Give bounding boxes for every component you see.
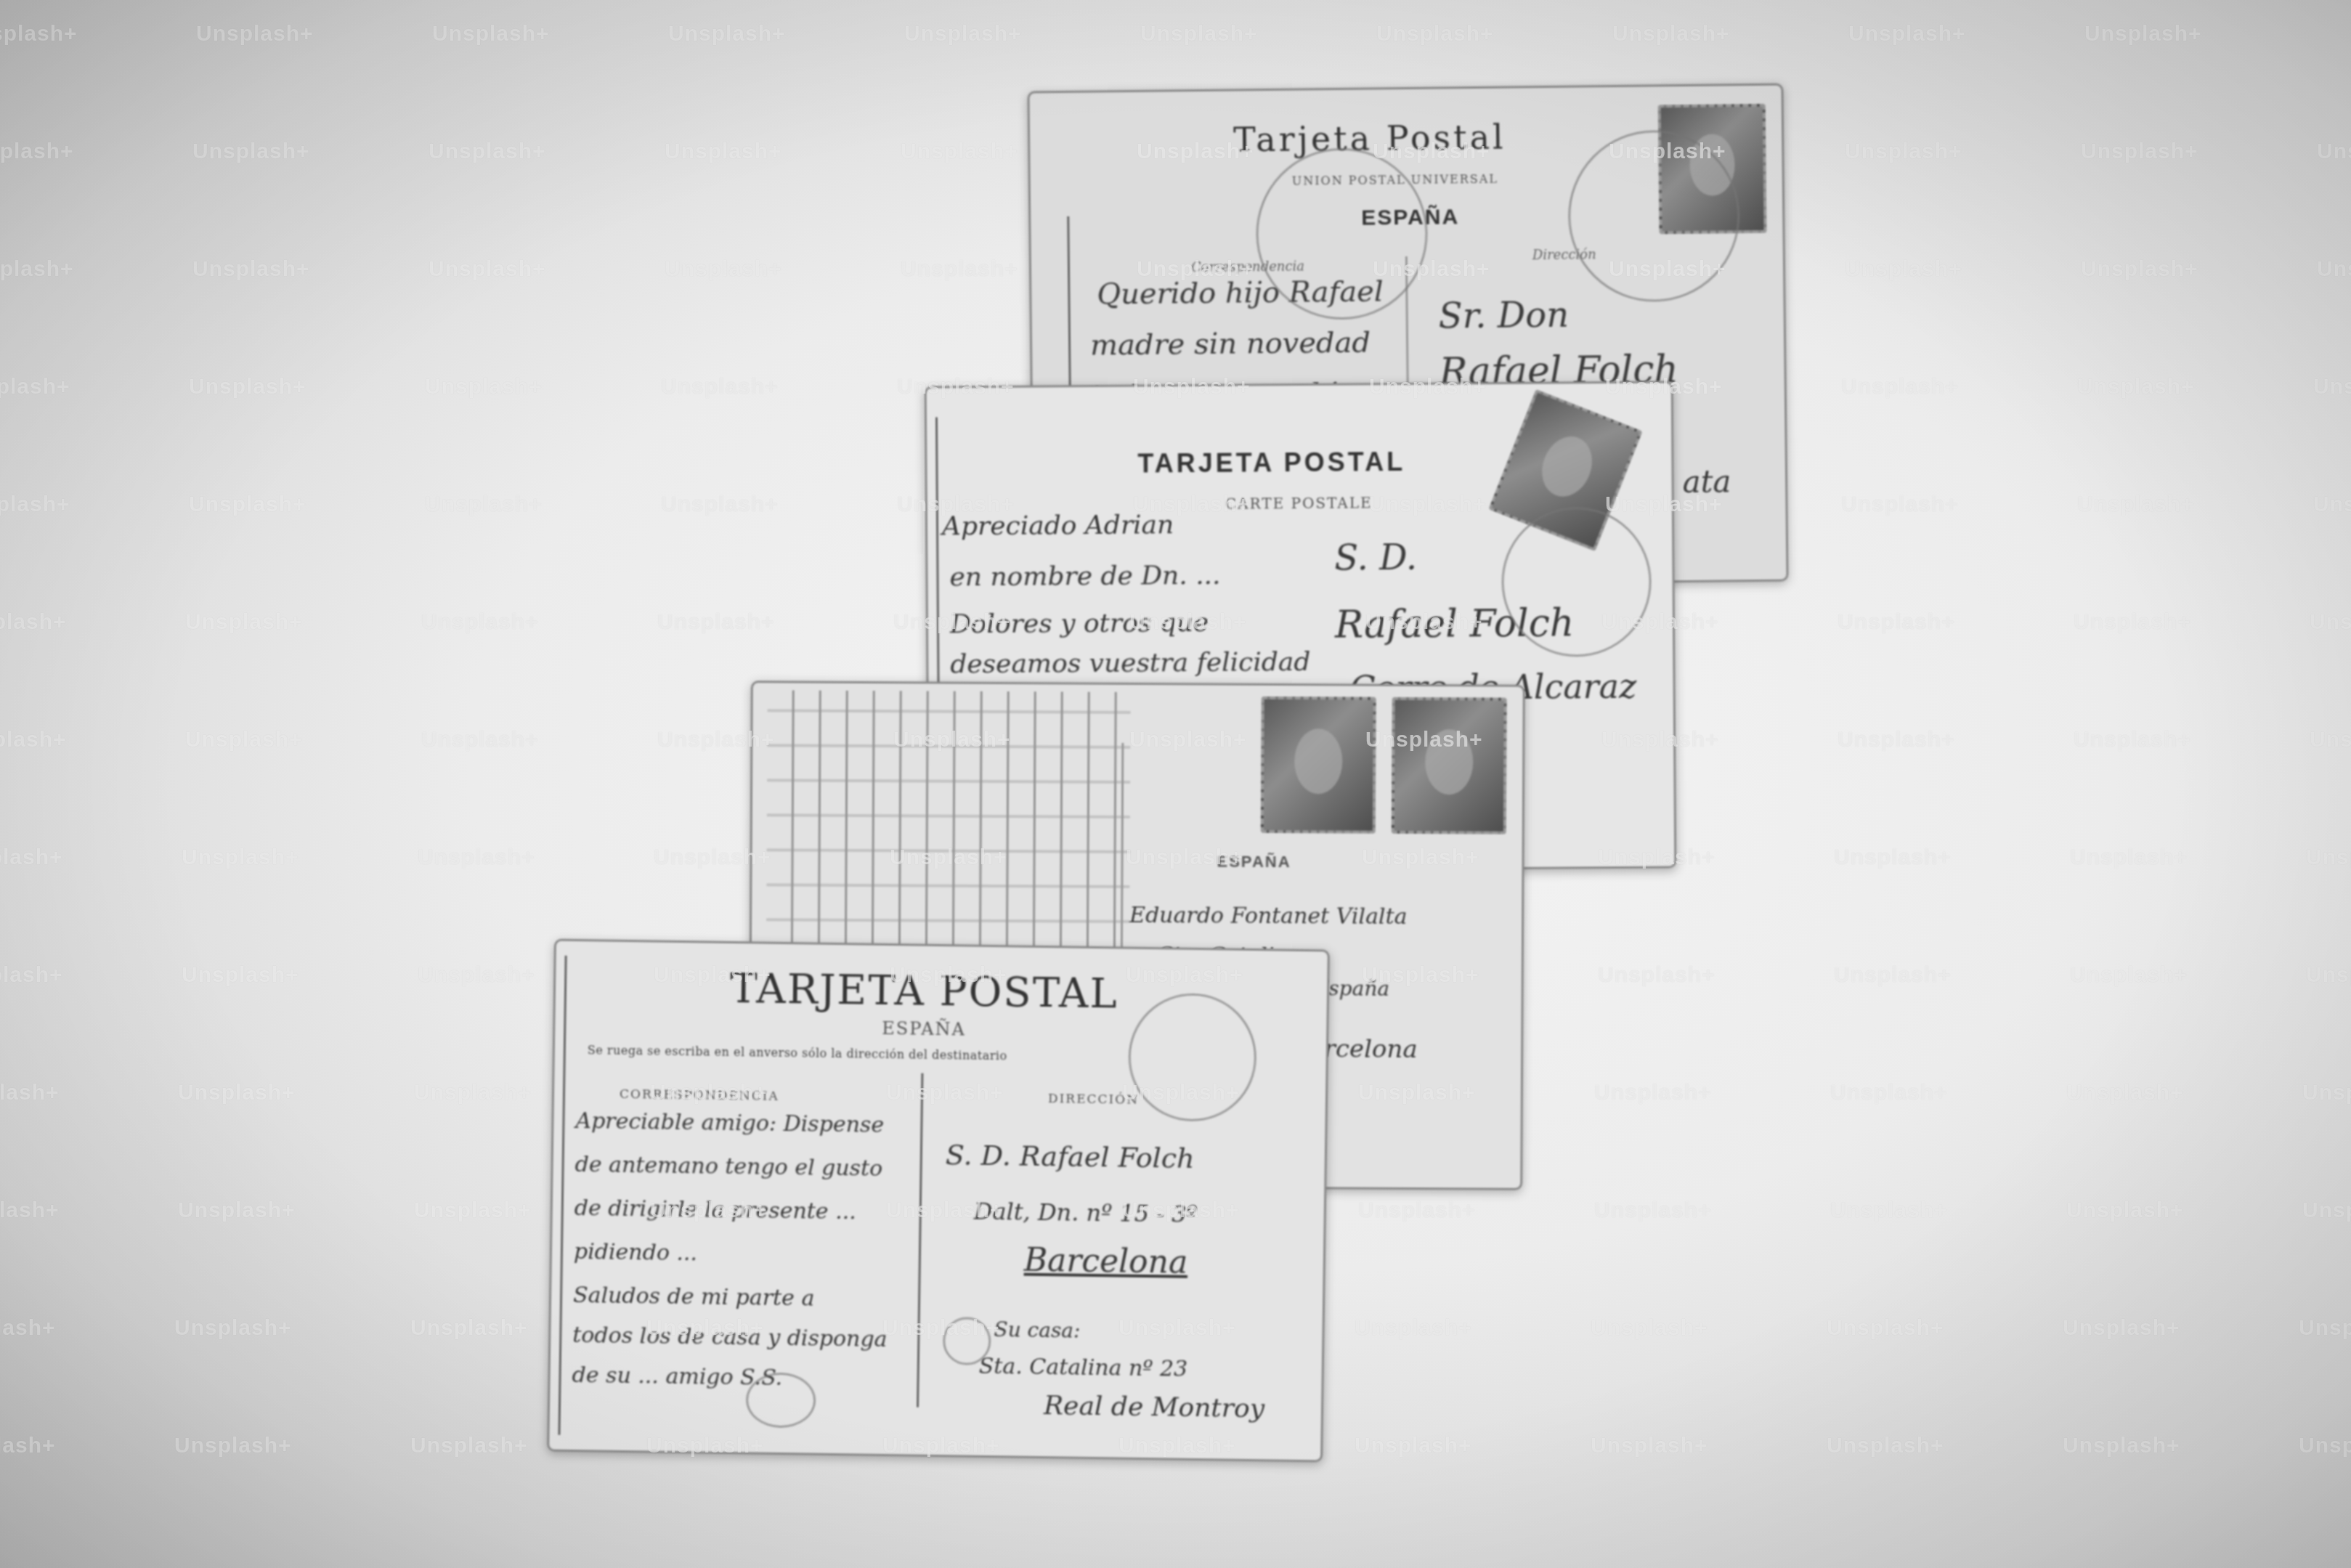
watermark-text: Unsplash+ [2074,610,2191,635]
watermark-text: Unsplash+ [1827,1434,1944,1458]
watermark-text: Unsplash+ [2066,1198,2184,1223]
watermark-text: Unsplash+ [1591,1316,1708,1341]
watermark-text: Unsplash+ [904,22,1022,46]
address-line: Eduardo Fontanet Vilalta [1129,903,1408,930]
watermark-text: Unsplash+ [421,728,539,752]
watermark-text: Unsplash+ [418,963,535,988]
card-title: TARJETA POSTAL [1137,447,1405,479]
watermark-text: Unsplash+ [2070,845,2188,870]
message-line: todos los de casa y disponga [572,1323,888,1352]
watermark-text: Unsplash+ [661,375,779,399]
watermark-text: Unsplash+ [2081,257,2198,282]
watermark-text: Unsplash+ [414,1198,532,1223]
watermark-text: Unsplash+ [2306,963,2351,988]
watermark-text: Unsplash+ [2063,1434,2180,1458]
address-line: Sr. Don [1438,295,1569,337]
watermark-text: Unsplash+ [1612,22,1730,46]
watermark-text: Unsplash+ [2081,139,2198,164]
watermark-text: Unsplash+ [418,845,535,870]
watermark-text: Unsplash+ [0,22,78,46]
watermark-text: Unsplash+ [1594,1198,1712,1223]
watermark-text: Unsplash+ [189,375,306,399]
message-line: deseamos vuestra felicidad [950,647,1310,679]
watermark-text: Unsplash+ [1834,845,1952,870]
watermark-text: Unsplash+ [425,375,543,399]
watermark-text: Unsplash+ [2313,492,2351,517]
watermark-text: Unsplash+ [0,492,70,517]
watermark-text: Unsplash+ [2310,728,2351,752]
watermark-text: Unsplash+ [901,257,1018,282]
watermark-text: Unsplash+ [0,1434,56,1458]
message-line: Apreciado Adrian [942,510,1174,541]
watermark-text: Unsplash+ [0,610,67,635]
watermark-text: Unsplash+ [2084,22,2202,46]
watermark-text: Unsplash+ [189,492,306,517]
postage-stamp [1261,696,1376,834]
watermark-text: Unsplash+ [410,1316,528,1341]
message-line: Saludos de mi parte a [573,1283,815,1312]
watermark-text: Unsplash+ [1355,1316,1472,1341]
watermark-text: Unsplash+ [661,492,779,517]
postage-stamp [1392,697,1507,834]
watermark-text: Unsplash+ [1358,1198,1476,1223]
watermark-text: Unsplash+ [0,728,67,752]
card-subtitle: CARTE POSTALE [1225,494,1373,512]
watermark-text: Unsplash+ [2066,1081,2184,1105]
watermark-text: Unsplash+ [1830,1198,1948,1223]
watermark-text: Unsplash+ [196,22,314,46]
message-line: de antemano tengo el gusto [574,1152,882,1182]
watermark-text: Unsplash+ [1140,22,1258,46]
card-country: ESPAÑA [882,1018,966,1040]
watermark-text: Unsplash+ [185,610,303,635]
correspondence-label: CORRESPONDENCIA [620,1087,779,1104]
watermark-text: Unsplash+ [2306,845,2351,870]
card-title: TARJETA POSTAL [730,965,1118,1017]
watermark-text: Unsplash+ [1591,1434,1708,1458]
watermark-text: Unsplash+ [182,963,299,988]
address-line: Sta. Catalina nº 23 [979,1354,1188,1382]
message-line: de dirigirle la presente ... [574,1195,856,1224]
message-line: Dolores y otros que [950,608,1209,639]
watermark-text: Unsplash+ [1845,257,1962,282]
watermark-text: Unsplash+ [192,139,310,164]
postmark [1255,147,1428,320]
watermark-text: Unsplash+ [2317,257,2351,282]
watermark-text: Unsplash+ [1827,1316,1944,1341]
watermark-text: Unsplash+ [182,845,299,870]
address-line: Real de Montroy [1044,1391,1265,1423]
signature-mark [746,1372,816,1428]
address-line: S. D. Rafael Folch [946,1139,1195,1174]
address-line: Barcelona [1024,1242,1188,1281]
watermark-text: Unsplash+ [174,1316,292,1341]
watermark-text: Unsplash+ [429,257,546,282]
watermark-text: Unsplash+ [0,139,74,164]
message-line: en nombre de Dn. ... [949,561,1220,593]
watermark-text: Unsplash+ [414,1081,532,1105]
watermark-text: Unsplash+ [2310,610,2351,635]
watermark-text: Unsplash+ [1841,375,1959,399]
message-line: pidiendo ... [574,1239,698,1266]
postcard-4: TARJETA POSTAL ESPAÑA Se ruega se escrib… [547,939,1330,1463]
watermark-text: Unsplash+ [668,22,786,46]
watermark-text: Unsplash+ [410,1434,528,1458]
watermark-text: Unsplash+ [0,963,63,988]
photo-scene: Tarjeta Postal UNION POSTAL UNIVERSAL ES… [0,0,2351,1568]
watermark-text: Unsplash+ [665,139,782,164]
watermark-text: Unsplash+ [192,257,310,282]
message-line: Apreciable amigo: Dispense [575,1108,884,1138]
watermark-text: Unsplash+ [1355,1434,1472,1458]
address-label: DIRECCIÓN [1048,1092,1139,1108]
margin-line [558,956,567,1435]
watermark-text: Unsplash+ [1594,1081,1712,1105]
watermark-text: Unsplash+ [1376,22,1494,46]
watermark-text: Unsplash+ [2063,1316,2180,1341]
watermark-text: Unsplash+ [429,139,546,164]
address-line: Su casa: [994,1317,1080,1343]
watermark-text: Unsplash+ [1838,610,1955,635]
watermark-text: Unsplash+ [2299,1316,2351,1341]
watermark-text: Unsplash+ [665,257,782,282]
card-notice: Se ruega se escriba en el anverso sólo l… [588,1043,1007,1063]
watermark-text: Unsplash+ [0,845,63,870]
watermark-text: Unsplash+ [178,1198,296,1223]
watermark-text: Unsplash+ [425,492,543,517]
watermark-text: Unsplash+ [1598,963,1715,988]
watermark-text: Unsplash+ [0,375,70,399]
address-line: S. D. [1334,537,1417,579]
address-line: Dalt, Dn. nº 15 - 3º [974,1198,1198,1228]
message-line: madre sin novedad [1090,326,1371,362]
postmark [1567,129,1740,302]
watermark-text: Unsplash+ [174,1434,292,1458]
watermark-text: Unsplash+ [432,22,550,46]
postmark [1501,507,1652,657]
watermark-text: Unsplash+ [2070,963,2188,988]
watermark-text: Unsplash+ [2302,1081,2351,1105]
watermark-text: Unsplash+ [1830,1081,1948,1105]
watermark-text: Unsplash+ [0,1316,56,1341]
divider-line [917,1073,923,1407]
watermark-text: Unsplash+ [2302,1198,2351,1223]
watermark-text: Unsplash+ [2077,375,2195,399]
watermark-text: Unsplash+ [901,139,1018,164]
watermark-text: Unsplash+ [0,1081,60,1105]
watermark-text: Unsplash+ [2317,139,2351,164]
watermark-text: Unsplash+ [2074,728,2191,752]
watermark-text: Unsplash+ [1845,139,1962,164]
watermark-text: Unsplash+ [421,610,539,635]
watermark-text: Unsplash+ [2299,1434,2351,1458]
watermark-text: Unsplash+ [2313,375,2351,399]
watermark-text: Unsplash+ [1848,22,1966,46]
watermark-text: Unsplash+ [2077,492,2195,517]
stamp-label: ESPAÑA [1217,853,1291,872]
postmark [1128,993,1257,1122]
watermark-text: Unsplash+ [0,1198,60,1223]
watermark-text: Unsplash+ [178,1081,296,1105]
watermark-text: Unsplash+ [657,610,775,635]
watermark-text: Unsplash+ [1834,963,1952,988]
watermark-text: Unsplash+ [1841,492,1959,517]
watermark-text: Unsplash+ [1838,728,1955,752]
watermark-text: Unsplash+ [0,257,74,282]
watermark-text: Unsplash+ [185,728,303,752]
